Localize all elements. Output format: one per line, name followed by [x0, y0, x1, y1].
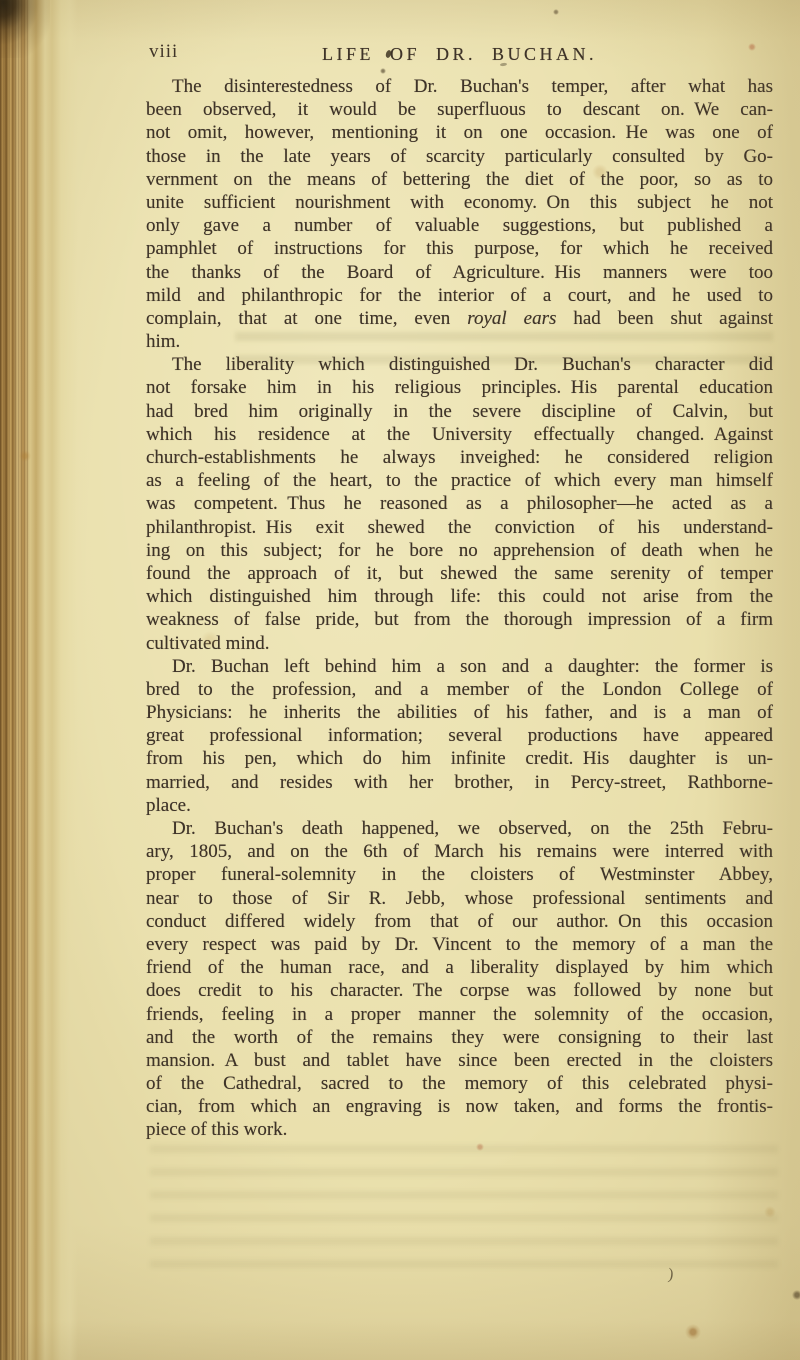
text-line: which his residence at the University ef… — [146, 423, 773, 446]
text-line: ing on this subject; for he bore no appr… — [146, 539, 773, 562]
text-line: does credit to his character. The corpse… — [146, 979, 773, 1002]
text-line: near to those of Sir R. Jebb, whose prof… — [146, 887, 773, 910]
paragraph: The liberality which distinguished Dr. B… — [146, 353, 773, 654]
text-line: the thanks of the Board of Agriculture. … — [146, 261, 773, 284]
running-title: LIFE OF DR. BUCHAN. — [146, 43, 773, 63]
text-line: every respect was paid by Dr. Vincent to… — [146, 933, 773, 956]
text-line: was competent. Thus he reasoned as a phi… — [146, 492, 773, 515]
text-line: Physicians: he inherits the abilities of… — [146, 701, 773, 724]
paragraph: The disinterestedness of Dr. Buchan's te… — [146, 75, 773, 353]
page-header: viii LIFE OF DR. BUCHAN. — [146, 43, 773, 75]
text-line: been observed, it would be superfluous t… — [146, 98, 773, 121]
text-line: of the Cathedral, sacred to the memory o… — [146, 1072, 773, 1095]
text-line: mild and philanthropic for the interior … — [146, 284, 773, 307]
text-line: proper funeral-solemnity in the cloister… — [146, 863, 773, 886]
book-edge-striations — [0, 0, 28, 1360]
text-line: friend of the human race, and a liberali… — [146, 956, 773, 979]
text-line: cian, from which an engraving is now tak… — [146, 1095, 773, 1118]
text-line: as a feeling of the heart, to the practi… — [146, 469, 773, 492]
text-line: Dr. Buchan left behind him a son and a d… — [146, 655, 773, 678]
text-line: him. — [146, 330, 773, 353]
text-line: found the approach of it, but shewed the… — [146, 562, 773, 585]
text-line: complain, that at one time, even royal e… — [146, 307, 773, 330]
text-line: mansion. A bust and tablet have since be… — [146, 1049, 773, 1072]
text-line: bred to the profession, and a member of … — [146, 678, 773, 701]
body-text: The disinterestedness of Dr. Buchan's te… — [146, 75, 773, 1142]
text-line: piece of this work. — [146, 1118, 773, 1141]
text-line: married, and resides with her brother, i… — [146, 771, 773, 794]
text-line: philanthropist. His exit shewed the conv… — [146, 516, 773, 539]
text-line: The disinterestedness of Dr. Buchan's te… — [146, 75, 773, 98]
text-line: and the worth of the remains they were c… — [146, 1026, 773, 1049]
text-line: not omit, however, mentioning it on one … — [146, 121, 773, 144]
book-page: viii LIFE OF DR. BUCHAN. The disinterest… — [0, 0, 800, 1360]
pen-mark: ) — [667, 1266, 674, 1284]
text-line: friends, feeling in a proper manner the … — [146, 1003, 773, 1026]
text-line: pamphlet of instructions for this purpos… — [146, 237, 773, 260]
paragraph: Dr. Buchan's death happened, we observed… — [146, 817, 773, 1142]
showthrough-text-band — [150, 1145, 778, 1273]
text-line: which distinguished him through life: th… — [146, 585, 773, 608]
page-corner-shadow — [0, 0, 50, 58]
text-line: not forsake him in his religious princip… — [146, 376, 773, 399]
text-line: conduct differed widely from that of our… — [146, 910, 773, 933]
text-line: place. — [146, 794, 773, 817]
text-line: ary, 1805, and on the 6th of March his r… — [146, 840, 773, 863]
page-number: viii — [149, 43, 178, 61]
text-line: had bred him originally in the severe di… — [146, 400, 773, 423]
text-line: Dr. Buchan's death happened, we observed… — [146, 817, 773, 840]
text-line: those in the late years of scarcity part… — [146, 145, 773, 168]
text-line: church-establishments he always inveighe… — [146, 446, 773, 469]
text-line: weakness of false pride, but from the th… — [146, 608, 773, 631]
paragraph: Dr. Buchan left behind him a son and a d… — [146, 655, 773, 817]
text-line: unite sufficient nourishment with econom… — [146, 191, 773, 214]
text-line: The liberality which distinguished Dr. B… — [146, 353, 773, 376]
text-line: vernment on the means of bettering the d… — [146, 168, 773, 191]
text-line: great professional information; several … — [146, 724, 773, 747]
text-line: only gave a number of valuable suggestio… — [146, 214, 773, 237]
text-line: from his pen, which do him infinite cred… — [146, 747, 773, 770]
text-line: cultivated mind. — [146, 632, 773, 655]
page-content: viii LIFE OF DR. BUCHAN. The disinterest… — [146, 43, 773, 1142]
